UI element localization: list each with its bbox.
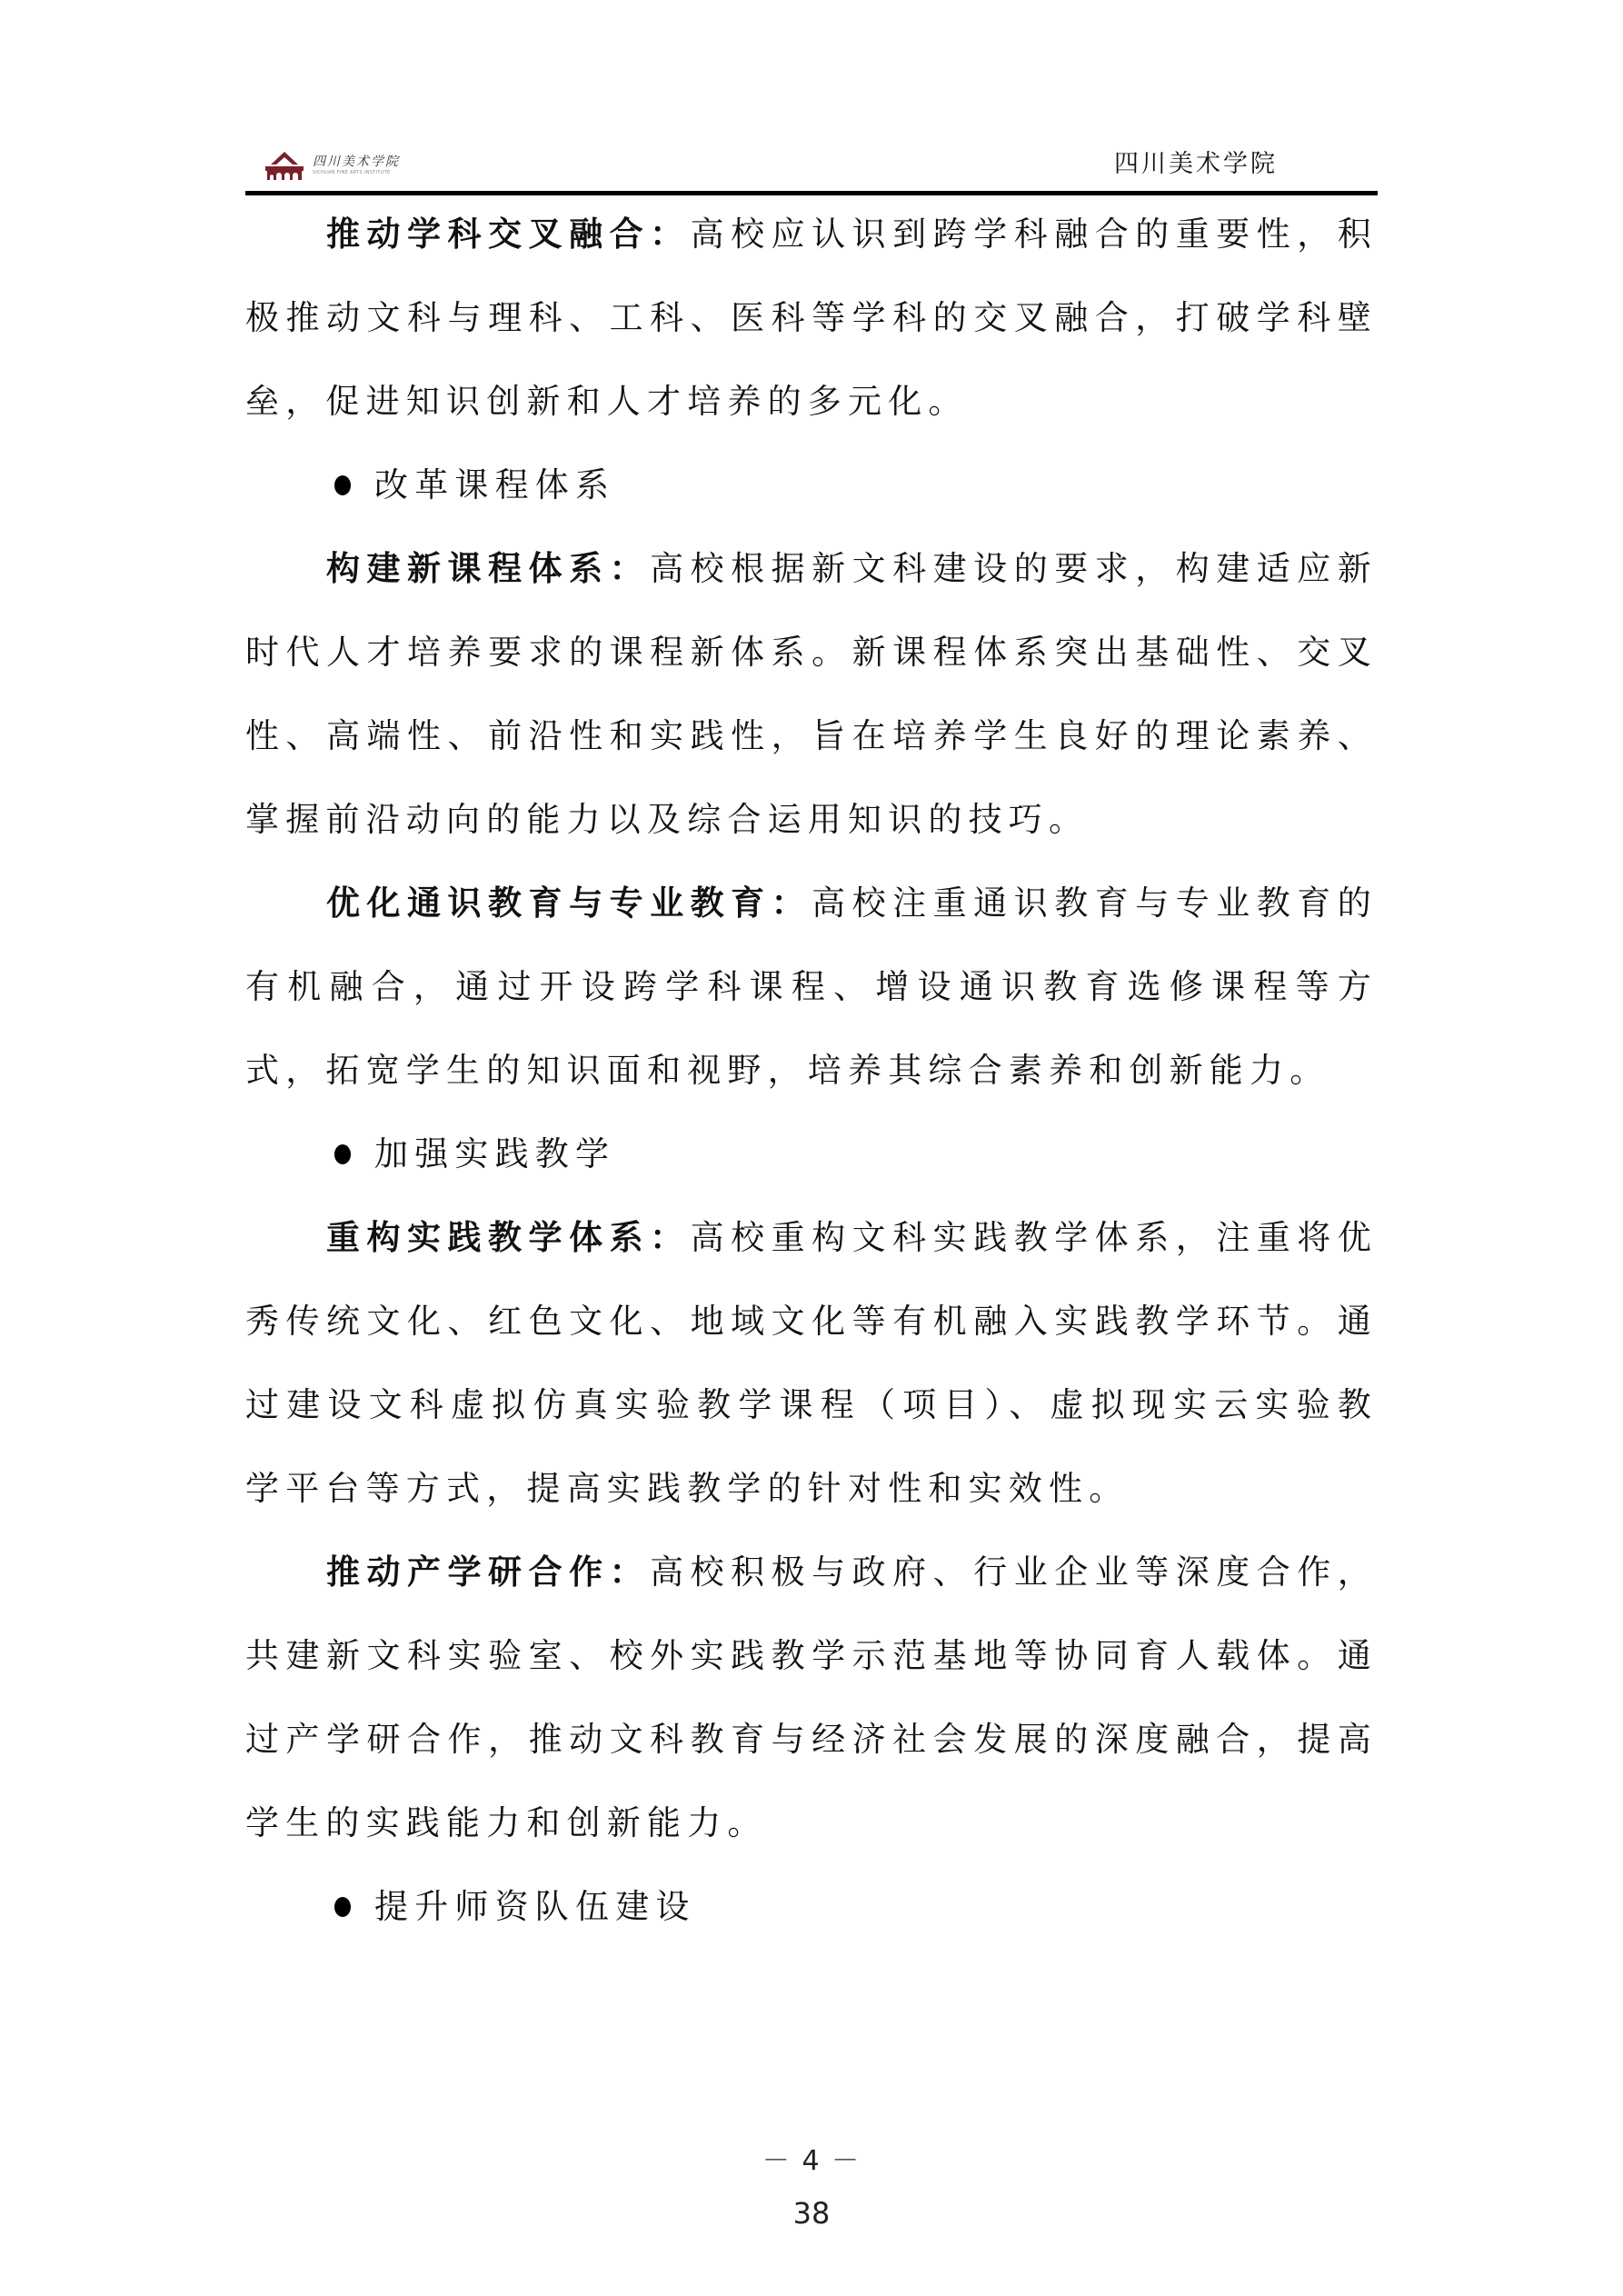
paragraph-practice-system: 重构实践教学体系：高校重构文科实践教学体系，注重将优秀传统文化、红色文化、地域文… <box>245 1196 1378 1531</box>
paragraph-interdisciplinary: 推动学科交叉融合：高校应认识到跨学科融合的重要性，积极推动文科与理科、工科、医科… <box>245 193 1378 444</box>
bullet-curriculum-reform: 改革课程体系 <box>245 444 1378 527</box>
logo-wordmark: 四川美术学院 SICHUAN FINE ARTS INSTITUTE <box>313 155 400 175</box>
paragraph-general-education: 优化通识教育与专业教育：高校注重通识教育与专业教育的有机融合，通过开设跨学科课程… <box>245 862 1378 1113</box>
page-header: 四川美术学院 SICHUAN FINE ARTS INSTITUTE 四川美术学… <box>245 136 1378 193</box>
school-logo: 四川美术学院 SICHUAN FINE ARTS INSTITUTE <box>262 147 443 184</box>
paragraph-new-curriculum: 构建新课程体系：高校根据新文科建设的要求，构建适应新时代人才培养要求的课程新体系… <box>245 527 1378 862</box>
bullet-icon <box>334 1897 351 1917</box>
paragraph-text: 高校根据新文科建设的要求，构建适应新时代人才培养要求的课程新体系。新课程体系突出… <box>245 549 1378 839</box>
document-body: 推动学科交叉融合：高校应认识到跨学科融合的重要性，积极推动文科与理科、工科、医科… <box>245 193 1378 1949</box>
bullet-text: 改革课程体系 <box>374 444 615 527</box>
paragraph-text: 高校积极与政府、行业企业等深度合作，共建新文科实验室、校外实践教学示范基地等协同… <box>245 1552 1378 1842</box>
bullet-icon <box>334 475 351 495</box>
bullet-practical-teaching: 加强实践教学 <box>245 1113 1378 1196</box>
page-number: － 4 － <box>0 2138 1623 2178</box>
logo-english-name: SICHUAN FINE ARTS INSTITUTE <box>313 171 400 175</box>
bullet-text: 提升师资队伍建设 <box>374 1865 696 1949</box>
paragraph-lead: 推动产学研合作： <box>326 1552 650 1592</box>
bullet-icon <box>334 1144 351 1164</box>
paragraph-text: 高校重构文科实践教学体系，注重将优秀传统文化、红色文化、地域文化等有机融入实践教… <box>245 1218 1378 1508</box>
paragraph-lead: 构建新课程体系： <box>326 549 650 588</box>
bullet-faculty-development: 提升师资队伍建设 <box>245 1865 1378 1949</box>
paragraph-lead: 重构实践教学体系： <box>326 1218 691 1257</box>
header-school-name: 四川美术学院 <box>1114 144 1278 179</box>
paragraph-industry-cooperation: 推动产学研合作：高校积极与政府、行业企业等深度合作，共建新文科实验室、校外实践教… <box>245 1531 1378 1865</box>
logo-chinese-name: 四川美术学院 <box>313 155 400 168</box>
building-icon <box>262 150 307 181</box>
paragraph-lead: 优化通识教育与专业教育： <box>326 883 811 923</box>
document-page-number: 38 <box>0 2196 1623 2231</box>
bullet-text: 加强实践教学 <box>374 1113 615 1196</box>
paragraph-lead: 推动学科交叉融合： <box>326 215 691 254</box>
